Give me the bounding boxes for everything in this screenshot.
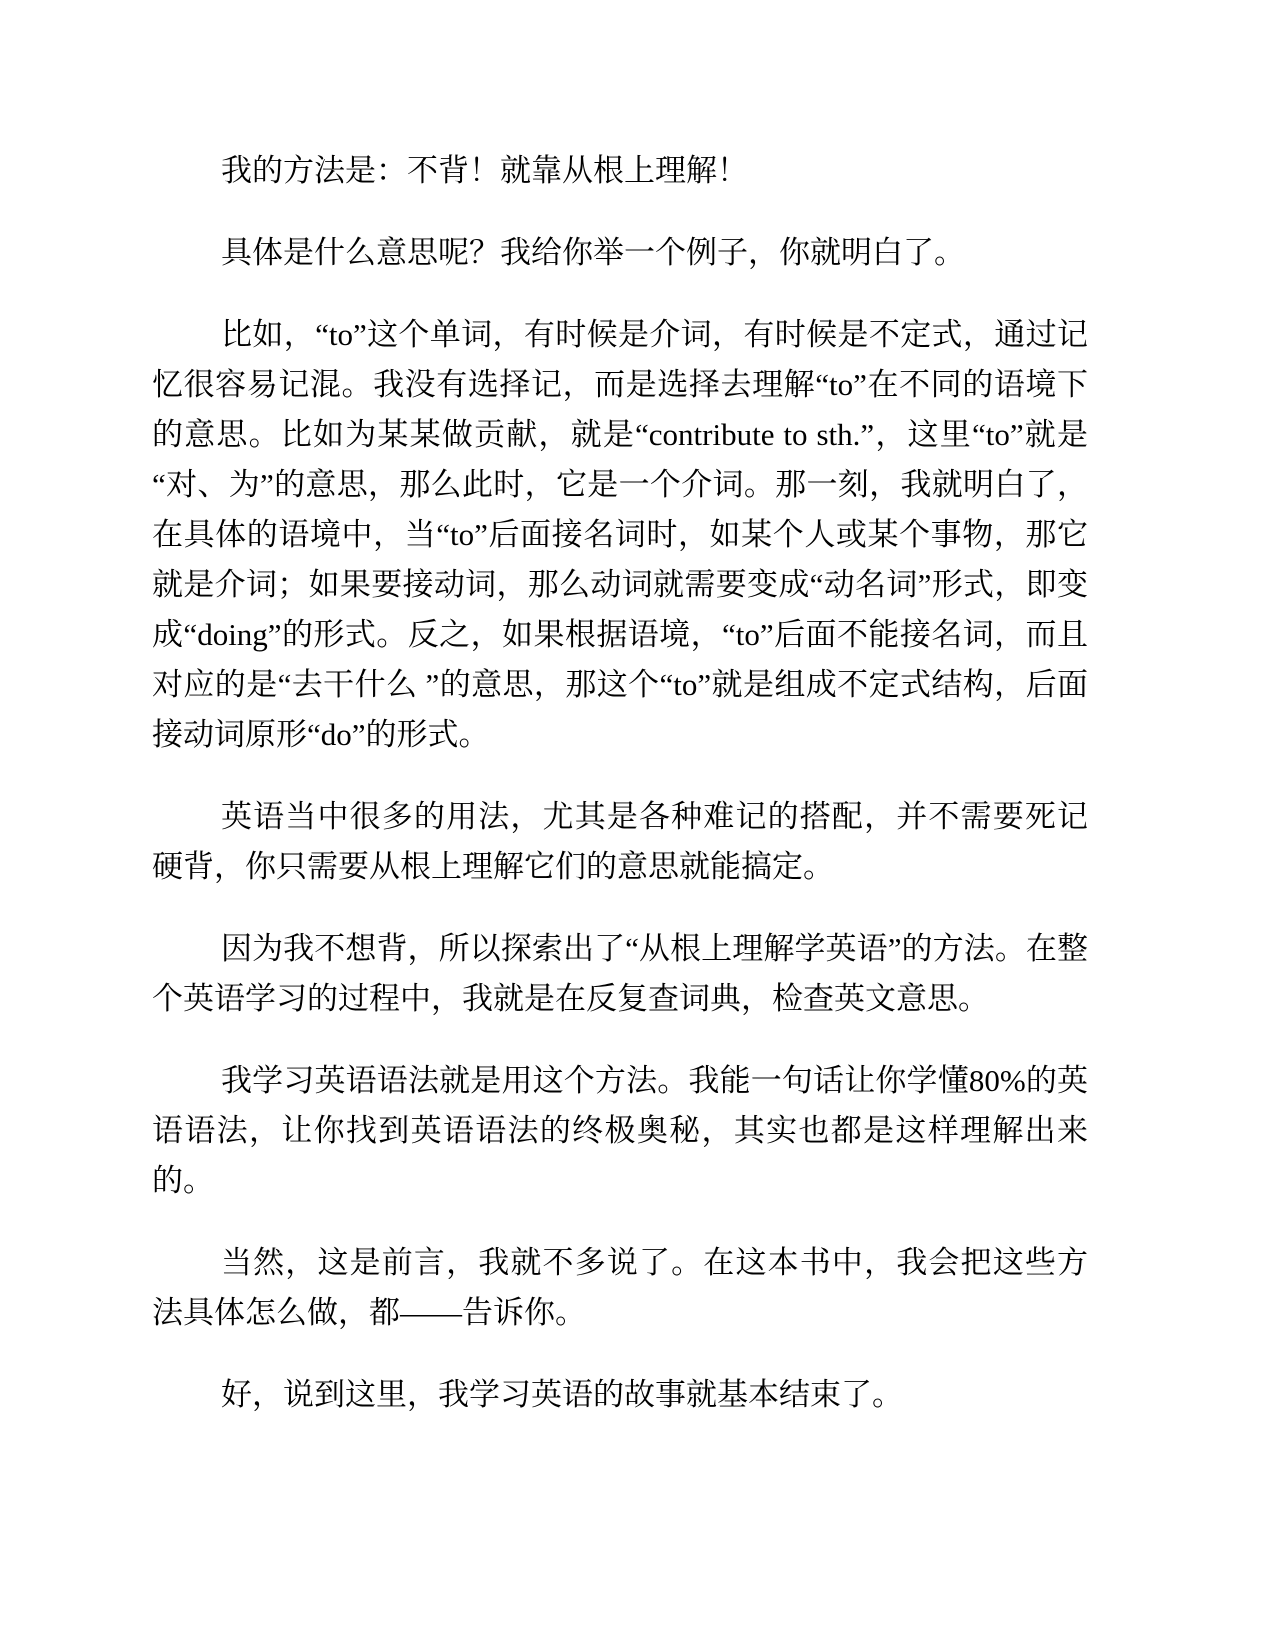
paragraph: 我学习英语语法就是用这个方法。我能一句话让你学懂80%的英语语法，让你找到英语语… xyxy=(152,1056,1088,1206)
paragraph: 比如，“to”这个单词，有时候是介词，有时候是不定式，通过记忆很容易记混。我没有… xyxy=(152,310,1088,760)
paragraph: 因为我不想背，所以探索出了“从根上理解学英语”的方法。在整个英语学习的过程中，我… xyxy=(152,924,1088,1024)
paragraph: 英语当中很多的用法，尤其是各种难记的搭配，并不需要死记硬背，你只需要从根上理解它… xyxy=(152,792,1088,892)
paragraph: 我的方法是：不背！就靠从根上理解！ xyxy=(152,146,1088,196)
document-page: 我的方法是：不背！就靠从根上理解！ 具体是什么意思呢？我给你举一个例子，你就明白… xyxy=(0,0,1275,1650)
paragraph: 好，说到这里，我学习英语的故事就基本结束了。 xyxy=(152,1370,1088,1420)
paragraph: 具体是什么意思呢？我给你举一个例子，你就明白了。 xyxy=(152,228,1088,278)
paragraph: 当然，这是前言，我就不多说了。在这本书中，我会把这些方法具体怎么做，都——告诉你… xyxy=(152,1238,1088,1338)
